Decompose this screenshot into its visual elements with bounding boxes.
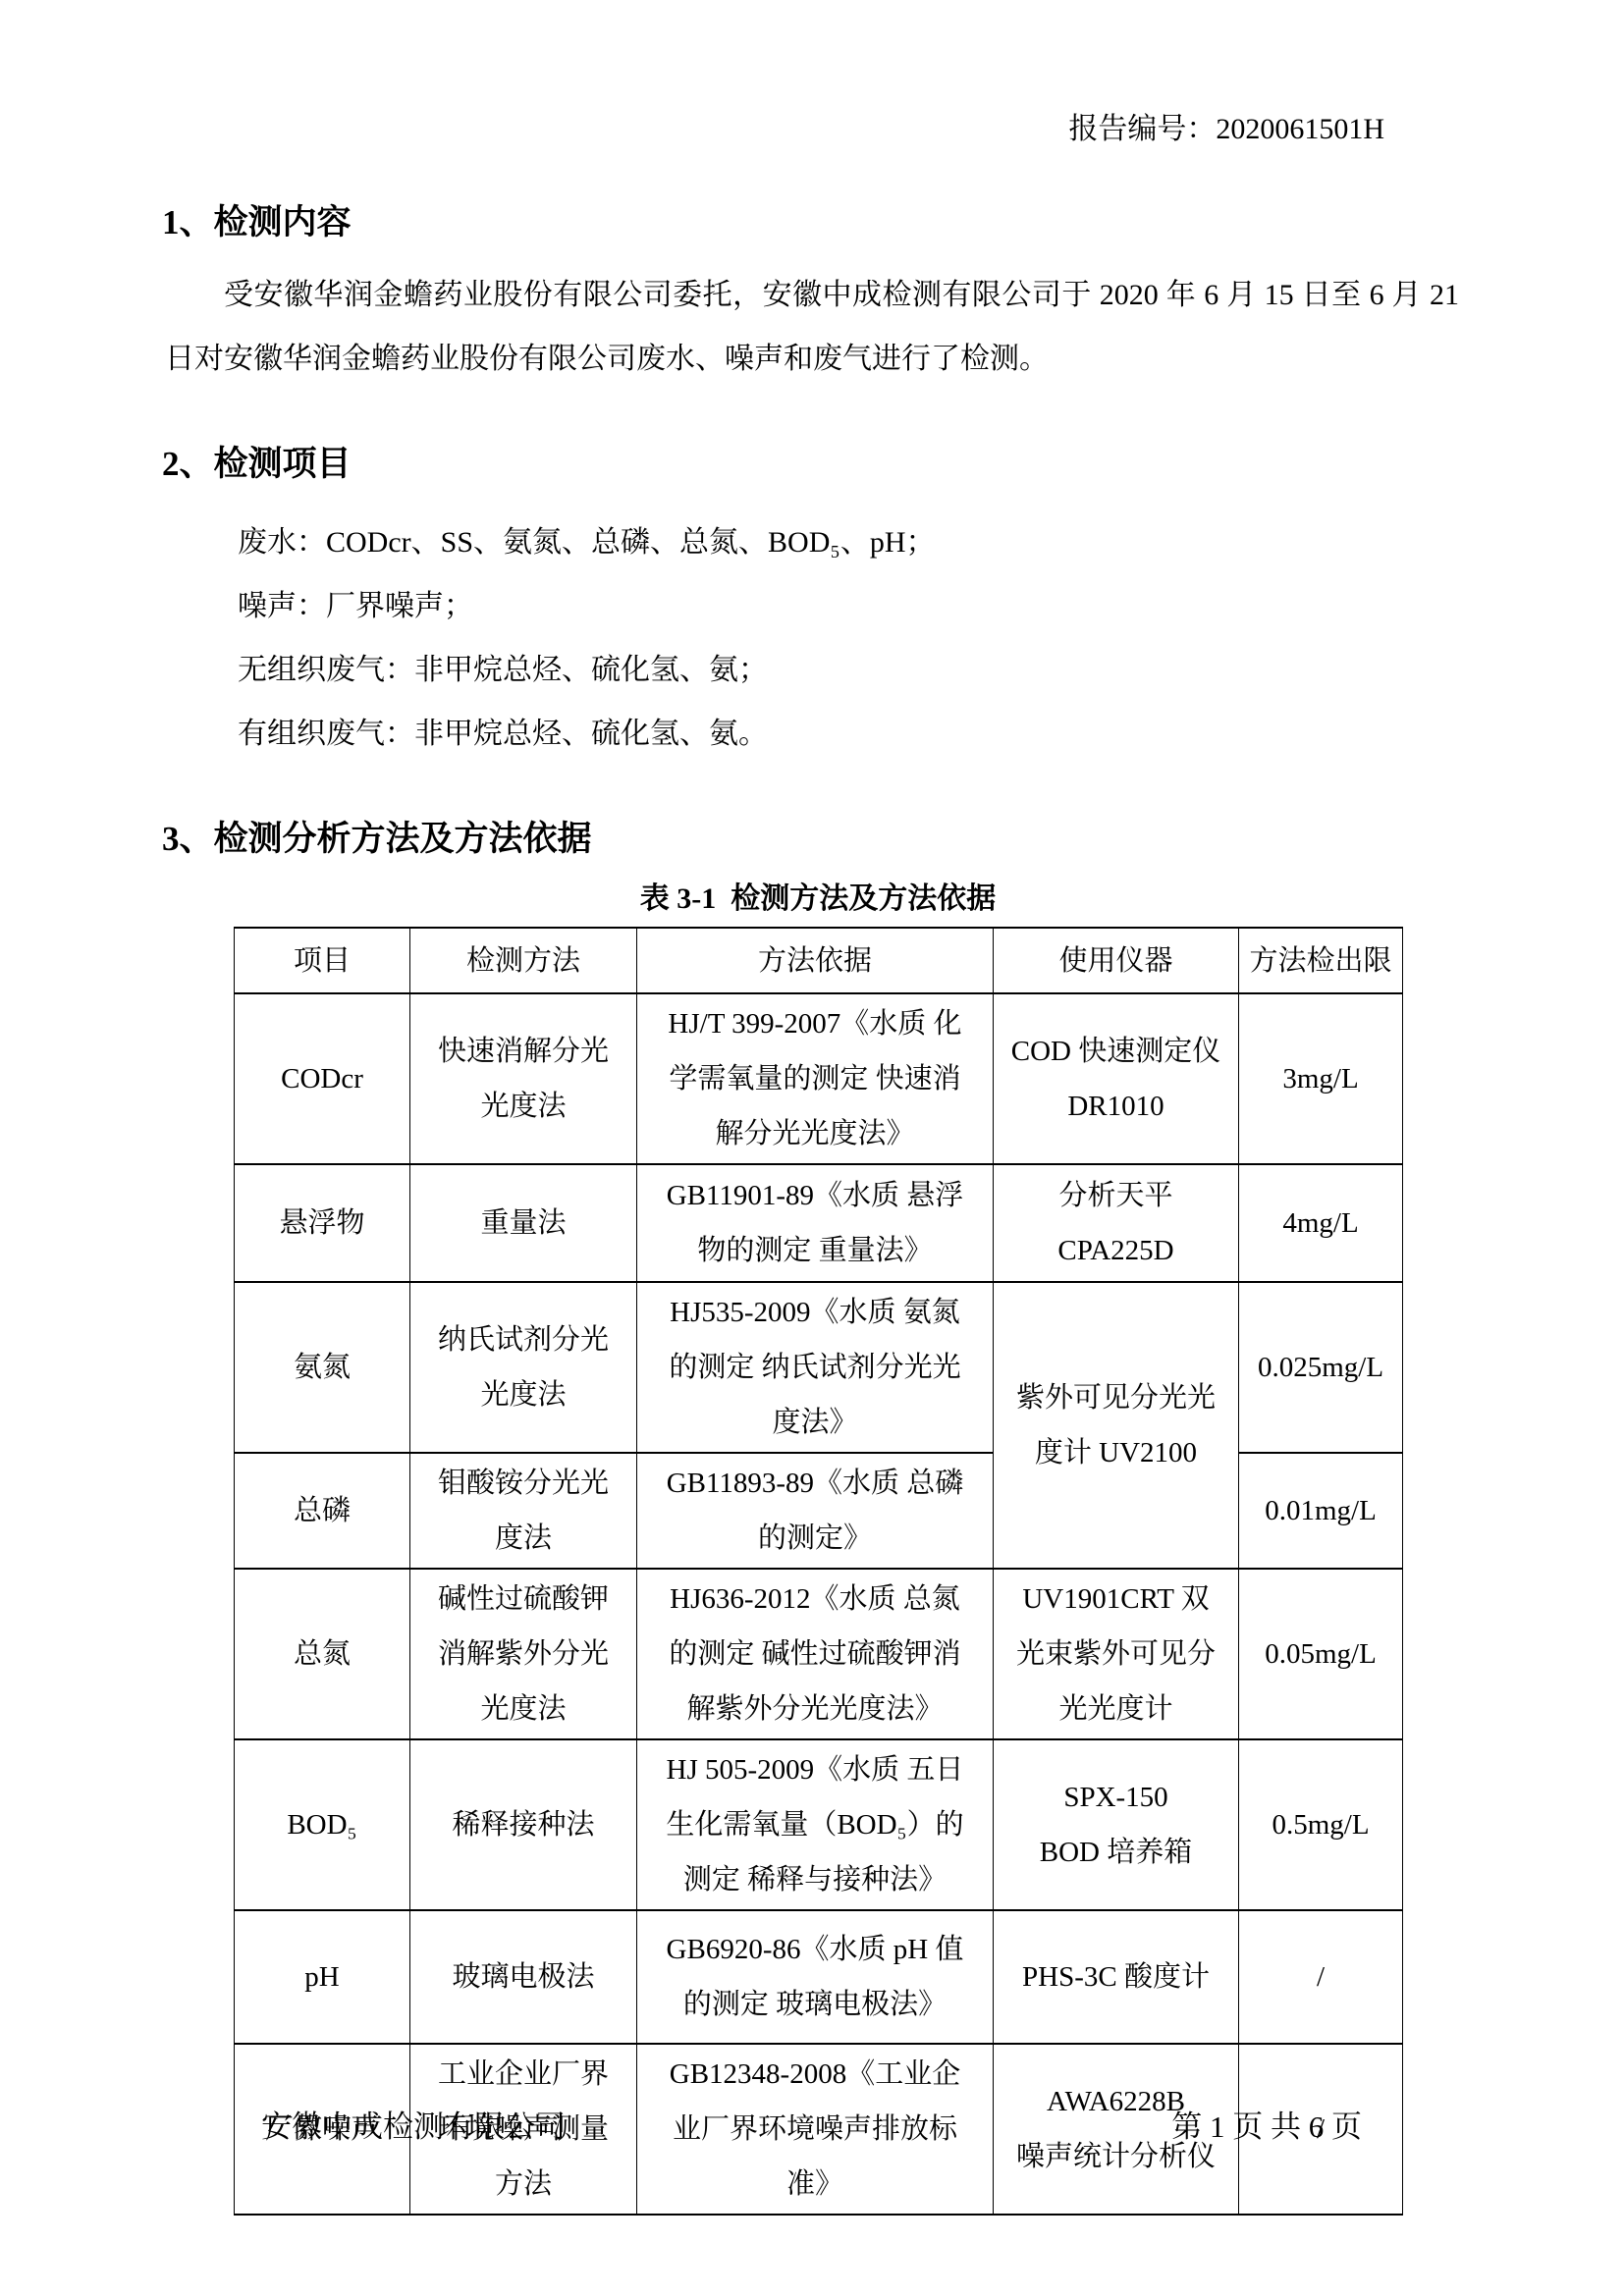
cell-item: pH [235, 1910, 410, 2044]
cell-limit: 0.025mg/L [1239, 1282, 1403, 1453]
cell-item: BOD₅ [235, 1739, 410, 1910]
section2-title: 2、检测项目 [162, 440, 1462, 489]
cell-basis: HJ 505-2009《水质 五日 生化需氧量（BOD₅）的 测定 稀释与接种法… [637, 1739, 994, 1910]
detection-item: 无组织废气：非甲烷总烃、硫化氢、氨； [238, 638, 1462, 702]
section3-title: 3、检测分析方法及方法依据 [162, 815, 1462, 864]
cell-method: 钼酸铵分光光 度法 [410, 1453, 637, 1569]
detection-item: 噪声：厂界噪声； [238, 574, 1462, 638]
cell-method: 快速消解分光 光度法 [410, 993, 637, 1164]
table-row: 悬浮物重量法GB11901-89《水质 悬浮 物的测定 重量法》分析天平 CPA… [235, 1164, 1403, 1282]
footer-company: 安徽中成检测有限公司 [261, 2106, 566, 2149]
cell-basis: GB11901-89《水质 悬浮 物的测定 重量法》 [637, 1164, 994, 1282]
cell-limit: 4mg/L [1239, 1164, 1403, 1282]
cell-limit: 3mg/L [1239, 993, 1403, 1164]
report-number: 报告编号：2020061501H [0, 0, 1624, 149]
cell-instrument: 分析天平 CPA225D [994, 1164, 1239, 1282]
detection-items: 废水：CODcr、SS、氨氮、总磷、总氮、BOD₅、pH；噪声：厂界噪声；无组织… [238, 510, 1462, 766]
cell-instrument: 紫外可见分光光 度计 UV2100 [994, 1282, 1239, 1569]
cell-method: 玻璃电极法 [410, 1910, 637, 2044]
footer-page-info: 第 1 页 共 6 页 [1171, 2106, 1362, 2149]
cell-item: 总氮 [235, 1569, 410, 1739]
cell-method: 纳氏试剂分光 光度法 [410, 1282, 637, 1453]
cell-item: 氨氮 [235, 1282, 410, 1453]
cell-limit: 0.5mg/L [1239, 1739, 1403, 1910]
table-row: 总氮碱性过硫酸钾 消解紫外分光 光度法HJ636-2012《水质 总氮 的测定 … [235, 1569, 1403, 1739]
table-row: BOD₅稀释接种法HJ 505-2009《水质 五日 生化需氧量（BOD₅）的 … [235, 1739, 1403, 1910]
table-row: 氨氮纳氏试剂分光 光度法HJ535-2009《水质 氨氮 的测定 纳氏试剂分光光… [235, 1282, 1403, 1453]
cell-basis: HJ636-2012《水质 总氮 的测定 碱性过硫酸钾消 解紫外分光光度法》 [637, 1569, 994, 1739]
cell-method: 碱性过硫酸钾 消解紫外分光 光度法 [410, 1569, 637, 1739]
cell-basis: HJ/T 399-2007《水质 化 学需氧量的测定 快速消 解分光光度法》 [637, 993, 994, 1164]
cell-basis: GB11893-89《水质 总磷 的测定》 [637, 1453, 994, 1569]
report-page: 报告编号：2020061501H 1、检测内容 受安徽华润金蟾药业股份有限公司委… [0, 0, 1624, 2296]
detection-item: 废水：CODcr、SS、氨氮、总磷、总氮、BOD₅、pH； [238, 510, 1462, 574]
cell-item: 悬浮物 [235, 1164, 410, 1282]
cell-instrument: COD 快速测定仪 DR1010 [994, 993, 1239, 1164]
page-footer: 安徽中成检测有限公司 第 1 页 共 6 页 [0, 2106, 1624, 2149]
table-header-cell: 使用仪器 [994, 928, 1239, 993]
table-body: CODcr快速消解分光 光度法HJ/T 399-2007《水质 化 学需氧量的测… [235, 993, 1403, 2215]
cell-limit: / [1239, 1910, 1403, 2044]
table-row: CODcr快速消解分光 光度法HJ/T 399-2007《水质 化 学需氧量的测… [235, 993, 1403, 1164]
section1-paragraph: 受安徽华润金蟾药业股份有限公司委托，安徽中成检测有限公司于 2020 年 6 月… [165, 263, 1459, 391]
section1-title: 1、检测内容 [162, 198, 1462, 247]
table-row: pH玻璃电极法GB6920-86《水质 pH 值 的测定 玻璃电极法》PHS-3… [235, 1910, 1403, 2044]
cell-basis: HJ535-2009《水质 氨氮 的测定 纳氏试剂分光光 度法》 [637, 1282, 994, 1453]
cell-basis: GB6920-86《水质 pH 值 的测定 玻璃电极法》 [637, 1910, 994, 2044]
cell-instrument: UV1901CRT 双 光束紫外可见分 光光度计 [994, 1569, 1239, 1739]
table-header-cell: 方法检出限 [1239, 928, 1403, 993]
table-header-cell: 检测方法 [410, 928, 637, 993]
cell-method: 重量法 [410, 1164, 637, 1282]
cell-limit: 0.05mg/L [1239, 1569, 1403, 1739]
table-header-cell: 项目 [235, 928, 410, 993]
cell-instrument: SPX-150 BOD 培养箱 [994, 1739, 1239, 1910]
cell-limit: 0.01mg/L [1239, 1453, 1403, 1569]
cell-item: CODcr [235, 993, 410, 1164]
methods-table: 项目检测方法方法依据使用仪器方法检出限 CODcr快速消解分光 光度法HJ/T … [234, 927, 1403, 2216]
table-caption: 表 3-1 检测方法及方法依据 [234, 878, 1402, 921]
table-header-cell: 方法依据 [637, 928, 994, 993]
cell-item: 总磷 [235, 1453, 410, 1569]
table-header-row: 项目检测方法方法依据使用仪器方法检出限 [235, 928, 1403, 993]
detection-item: 有组织废气：非甲烷总烃、硫化氢、氨。 [238, 702, 1462, 766]
cell-method: 稀释接种法 [410, 1739, 637, 1910]
cell-instrument: PHS-3C 酸度计 [994, 1910, 1239, 2044]
